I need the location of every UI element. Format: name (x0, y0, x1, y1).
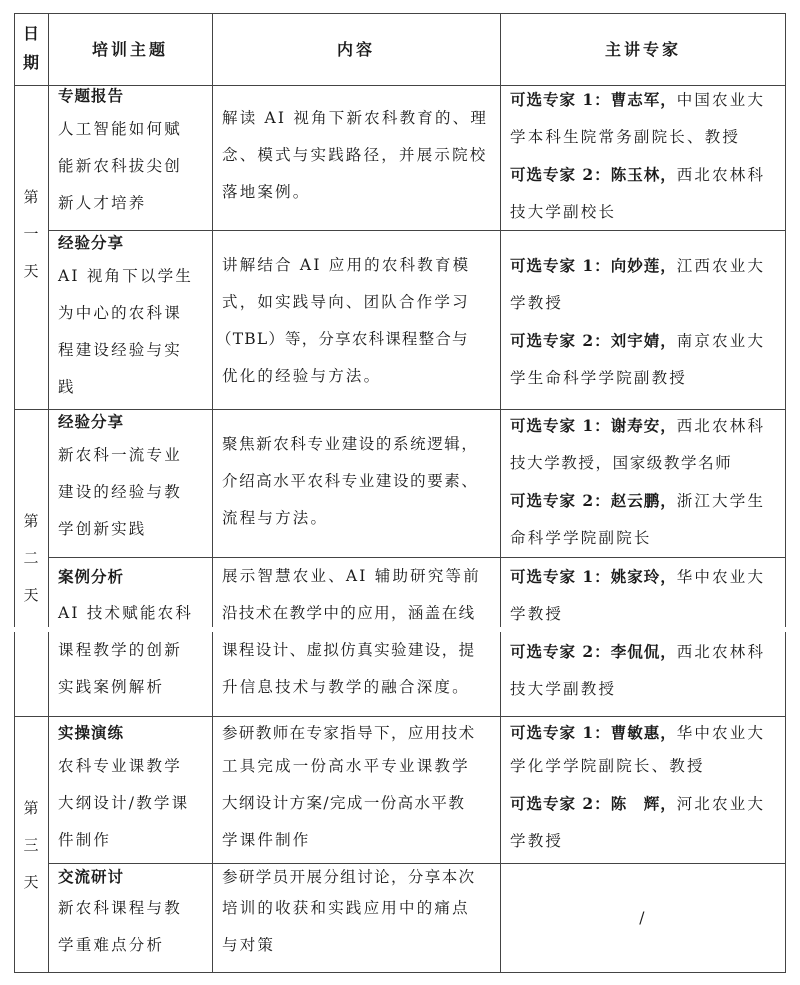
expert-1: 可选专家 1：曹志军，中国农业大 (510, 81, 784, 119)
expert-prefix: 可选专家 2： (510, 165, 611, 184)
day-label-1: 第 一 天 (14, 179, 48, 290)
header-date-char: 期 (14, 48, 48, 77)
expert-name: 曹志军， (611, 90, 677, 109)
expert-affiliation: 学教授 (510, 596, 784, 633)
content-line: （TBL）等，分享农科课程整合与 (216, 321, 498, 358)
table-bottom-border (14, 972, 786, 973)
content-cell: 参研学员开展分组讨论，分享本次 培训的收获和实践应用中的痛点 与对策 (222, 864, 498, 964)
expert-name: 刘宇婧， (611, 331, 677, 350)
table-top-border (14, 13, 786, 14)
expert-prefix: 可选专家 1： (510, 90, 611, 109)
no-expert-placeholder: / (639, 909, 646, 927)
expert-1: 可选专家 1：曹敏惠，华中农业大 (510, 718, 784, 748)
header-experts: 主讲专家 (500, 37, 786, 60)
topic-line: 践 (58, 369, 210, 406)
expert-affiliation: 西北农林科 (677, 166, 766, 184)
day-char: 第 (14, 790, 48, 827)
expert-affiliation: 河北农业大 (677, 795, 766, 813)
day-divider (14, 716, 786, 717)
day-char: 二 (14, 540, 48, 577)
content-line: 式，如实践导向、团队合作学习 (222, 284, 498, 321)
content-cell: 参研教师在专家指导下，应用技术 工具完成一份高水平专业课教学 大纲设计方案/完成… (222, 718, 498, 859)
header-content: 内容 (212, 37, 500, 60)
content-line: 大纲设计方案/完成一份高水平教 (222, 785, 498, 822)
expert-2: 可选专家 2：陈玉林，西北农林科 (510, 156, 784, 194)
topic-line: 实践案例解析 (58, 669, 210, 706)
expert-affiliation: 技大学副校长 (510, 194, 784, 231)
content-line: 优化的经验与方法。 (222, 358, 498, 395)
expert-name: 李侃侃， (611, 642, 677, 661)
topic-line: AI 视角下以学生 (58, 258, 210, 295)
content-cell: 聚焦新农科专业建设的系统逻辑， 介绍高水平农科专业建设的要素、 流程与方法。 (222, 426, 498, 537)
expert-affiliation: 学教授 (510, 823, 784, 860)
expert-prefix: 可选专家 2： (510, 491, 611, 510)
topic-line: 程建设经验与实 (58, 332, 210, 369)
expert-2: 可选专家 2：李侃侃，西北农林科 (510, 633, 784, 671)
topic-type: 经验分享 (58, 407, 210, 437)
day-char: 一 (14, 216, 48, 253)
expert-name: 向妙莲， (611, 256, 677, 275)
expert-prefix: 可选专家 1： (510, 416, 611, 435)
topic-line: 能新农科拔尖创 (58, 148, 210, 185)
expert-affiliation: 西北农林科 (677, 417, 766, 435)
topic-cell: 经验分享 新农科一流专业 建设的经验与教 学创新实践 (58, 407, 210, 548)
expert-prefix: 可选专家 2： (510, 331, 611, 350)
expert-affiliation: 浙江大学生 (677, 492, 766, 510)
expert-1: 可选专家 1：姚家玲，华中农业大 (510, 558, 784, 596)
day-char: 三 (14, 827, 48, 864)
experts-cell: 可选专家 1：谢寿安，西北农林科 技大学教授，国家级教学名师 可选专家 2：赵云… (510, 407, 784, 557)
expert-affiliation: 华中农业大 (677, 568, 766, 586)
content-cell: 展示智慧农业、AI 辅助研究等前 沿技术在教学中的应用，涵盖在线 课程设计、虚拟… (222, 558, 498, 706)
expert-1: 可选专家 1：向妙莲，江西农业大 (510, 247, 784, 285)
expert-2: 可选专家 2：赵云鹏，浙江大学生 (510, 482, 784, 520)
topic-line: AI 技术赋能农科 (58, 595, 210, 632)
topic-cell: 交流研讨 新农科课程与教 学重难点分析 (58, 864, 210, 964)
topic-line: 课程教学的创新 (58, 632, 210, 669)
expert-name: 谢寿安， (611, 416, 677, 435)
col-divider-date (48, 632, 49, 973)
topic-cell: 经验分享 AI 视角下以学生 为中心的农科课 程建设经验与实 践 (58, 228, 210, 406)
content-line: 讲解结合 AI 应用的农科教育模 (222, 247, 498, 284)
topic-cell: 案例分析 AI 技术赋能农科 课程教学的创新 实践案例解析 (58, 558, 210, 706)
expert-affiliation: 中国农业大 (677, 91, 766, 109)
col-divider-topic (212, 632, 213, 973)
expert-prefix: 可选专家 1： (510, 256, 611, 275)
expert-name: 陈 辉， (611, 794, 677, 813)
expert-2: 可选专家 2：陈 辉，河北农业大 (510, 785, 784, 823)
expert-prefix: 可选专家 1： (510, 567, 611, 586)
content-line: 解读 AI 视角下新农科教育的、理 (222, 100, 498, 137)
experts-cell: 可选专家 1：向妙莲，江西农业大 学教授 可选专家 2：刘宇婧，南京农业大 学生… (510, 247, 784, 397)
topic-cell: 实操演练 农科专业课教学 大纲设计/教学课 件制作 (58, 718, 210, 859)
experts-cell: 可选专家 1：姚家玲，华中农业大 学教授 可选专家 2：李侃侃，西北农林科 技大… (510, 558, 784, 708)
expert-affiliation: 技大学教授，国家级教学名师 (510, 445, 784, 482)
content-line: 参研教师在专家指导下，应用技术 (222, 718, 498, 748)
expert-affiliation: 学生命科学学院副教授 (510, 360, 784, 397)
topic-line: 农科专业课教学 (58, 748, 210, 785)
expert-name: 曹敏惠， (611, 723, 677, 742)
expert-affiliation: 学本科生院常务副院长、教授 (510, 119, 784, 156)
content-line: 念、模式与实践路径，并展示院校 (222, 137, 498, 174)
day-label-2: 第 二 天 (14, 503, 48, 614)
content-line: 介绍高水平农科专业建设的要素、 (222, 463, 498, 500)
expert-prefix: 可选专家 1： (510, 723, 611, 742)
content-line: 与对策 (222, 927, 498, 964)
topic-cell: 专题报告 人工智能如何赋 能新农科拔尖创 新人才培养 (58, 81, 210, 222)
content-line: 参研学员开展分组讨论，分享本次 (222, 864, 498, 890)
day-char: 天 (14, 577, 48, 614)
expert-name: 赵云鹏， (611, 491, 677, 510)
topic-line: 新农科课程与教 (58, 890, 210, 927)
col-divider-topic (212, 13, 213, 627)
expert-affiliation: 技大学副教授 (510, 671, 784, 708)
expert-1: 可选专家 1：谢寿安，西北农林科 (510, 407, 784, 445)
expert-affiliation: 学教授 (510, 285, 784, 322)
topic-line: 建设的经验与教 (58, 474, 210, 511)
expert-affiliation: 命科学学院副院长 (510, 520, 784, 557)
content-line: 学课件制作 (222, 822, 498, 859)
content-cell: 讲解结合 AI 应用的农科教育模 式，如实践导向、团队合作学习 （TBL）等，分… (222, 247, 498, 395)
topic-type: 实操演练 (58, 718, 210, 748)
content-line: 落地案例。 (222, 174, 498, 211)
experts-cell: 可选专家 1：曹敏惠，华中农业大 学化学学院副院长、教授 可选专家 2：陈 辉，… (510, 718, 784, 860)
header-date-char: 日 (14, 19, 48, 48)
content-line: 聚焦新农科专业建设的系统逻辑， (222, 426, 498, 463)
content-line: 沿技术在教学中的应用，涵盖在线 (222, 595, 498, 632)
topic-line: 新人才培养 (58, 185, 210, 222)
content-cell: 解读 AI 视角下新农科教育的、理 念、模式与实践路径，并展示院校 落地案例。 (222, 100, 498, 211)
topic-line: 人工智能如何赋 (58, 111, 210, 148)
expert-prefix: 可选专家 2： (510, 642, 611, 661)
content-line: 工具完成一份高水平专业课教学 (222, 748, 498, 785)
content-line: 展示智慧农业、AI 辅助研究等前 (222, 558, 498, 595)
topic-type: 案例分析 (58, 558, 210, 595)
col-divider-content (500, 13, 501, 627)
expert-affiliation: 学化学学院副院长、教授 (510, 748, 784, 785)
content-line: 培训的收获和实践应用中的痛点 (222, 890, 498, 927)
topic-line: 大纲设计/教学课 (58, 785, 210, 822)
topic-line: 为中心的农科课 (58, 295, 210, 332)
topic-type: 专题报告 (58, 81, 210, 111)
expert-affiliation: 江西农业大 (677, 257, 766, 275)
expert-affiliation: 南京农业大 (677, 332, 766, 350)
day-char: 天 (14, 864, 48, 901)
expert-affiliation: 华中农业大 (677, 724, 766, 742)
topic-line: 新农科一流专业 (58, 437, 210, 474)
day-char: 第 (14, 503, 48, 540)
right-border (785, 13, 786, 627)
expert-2: 可选专家 2：刘宇婧，南京农业大 (510, 322, 784, 360)
col-divider-date (48, 13, 49, 627)
day-char: 第 (14, 179, 48, 216)
header-topic: 培训主题 (48, 37, 212, 60)
content-line: 升信息技术与教学的融合深度。 (222, 669, 498, 706)
experts-cell-empty: / (500, 864, 786, 972)
day-char: 天 (14, 253, 48, 290)
content-line: 流程与方法。 (222, 500, 498, 537)
topic-type: 交流研讨 (58, 864, 210, 890)
experts-cell: 可选专家 1：曹志军，中国农业大 学本科生院常务副院长、教授 可选专家 2：陈玉… (510, 81, 784, 231)
content-line: 课程设计、虚拟仿真实验建设，提 (222, 632, 498, 669)
topic-line: 学创新实践 (58, 511, 210, 548)
expert-name: 姚家玲， (611, 567, 677, 586)
expert-affiliation: 西北农林科 (677, 643, 766, 661)
day-label-3: 第 三 天 (14, 790, 48, 901)
topic-line: 学重难点分析 (58, 927, 210, 964)
topic-line: 件制作 (58, 822, 210, 859)
expert-prefix: 可选专家 2： (510, 794, 611, 813)
header-date: 日 期 (14, 19, 48, 77)
topic-type: 经验分享 (58, 228, 210, 258)
expert-name: 陈玉林， (611, 165, 677, 184)
